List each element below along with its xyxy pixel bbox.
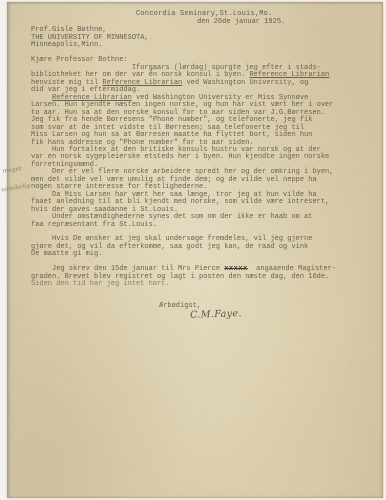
handwritten-signature: C.M.Faye. [190, 308, 242, 321]
letter-line: faa repræsentant fra St.Louis. [31, 222, 363, 229]
handwritten-margin-note: meget vanskelig [0, 153, 32, 204]
letter-date: den 26de januar 1925. [197, 18, 285, 26]
text-segment: faa repræsentant fra St.Louis. [31, 221, 157, 229]
scan-background: Concordia Seminary,St.Louis,Mo. den 26de… [0, 0, 386, 500]
text-segment: Siden den tid har jeg intet hørt. [31, 280, 170, 288]
margin-note-line: vanskelig [1, 183, 30, 193]
recipient-line: Minneapolis,Minn. [31, 42, 149, 50]
letter-line: Siden den tid har jeg intet hørt. [31, 281, 363, 288]
text-segment: De maatte gi mig. [31, 250, 102, 258]
salutation: Kjære Professor Bothne: [31, 56, 128, 64]
letterhead-org: Concordia Seminary,St.Louis,Mo. [136, 10, 272, 18]
letter-paper: Concordia Seminary,St.Louis,Mo. den 26de… [7, 2, 383, 498]
margin-note-line: meget [2, 165, 27, 175]
letter-body: Iforgaars (lørdag) spurgte jeg efter i s… [31, 65, 363, 289]
recipient-address-block: Prof.Gisle Bøthne,THE UNIVERSITY OF MINN… [31, 27, 149, 50]
letter-line: De maatte gi mig. [31, 251, 363, 258]
text-segment: ved Washington University, og [182, 79, 308, 87]
